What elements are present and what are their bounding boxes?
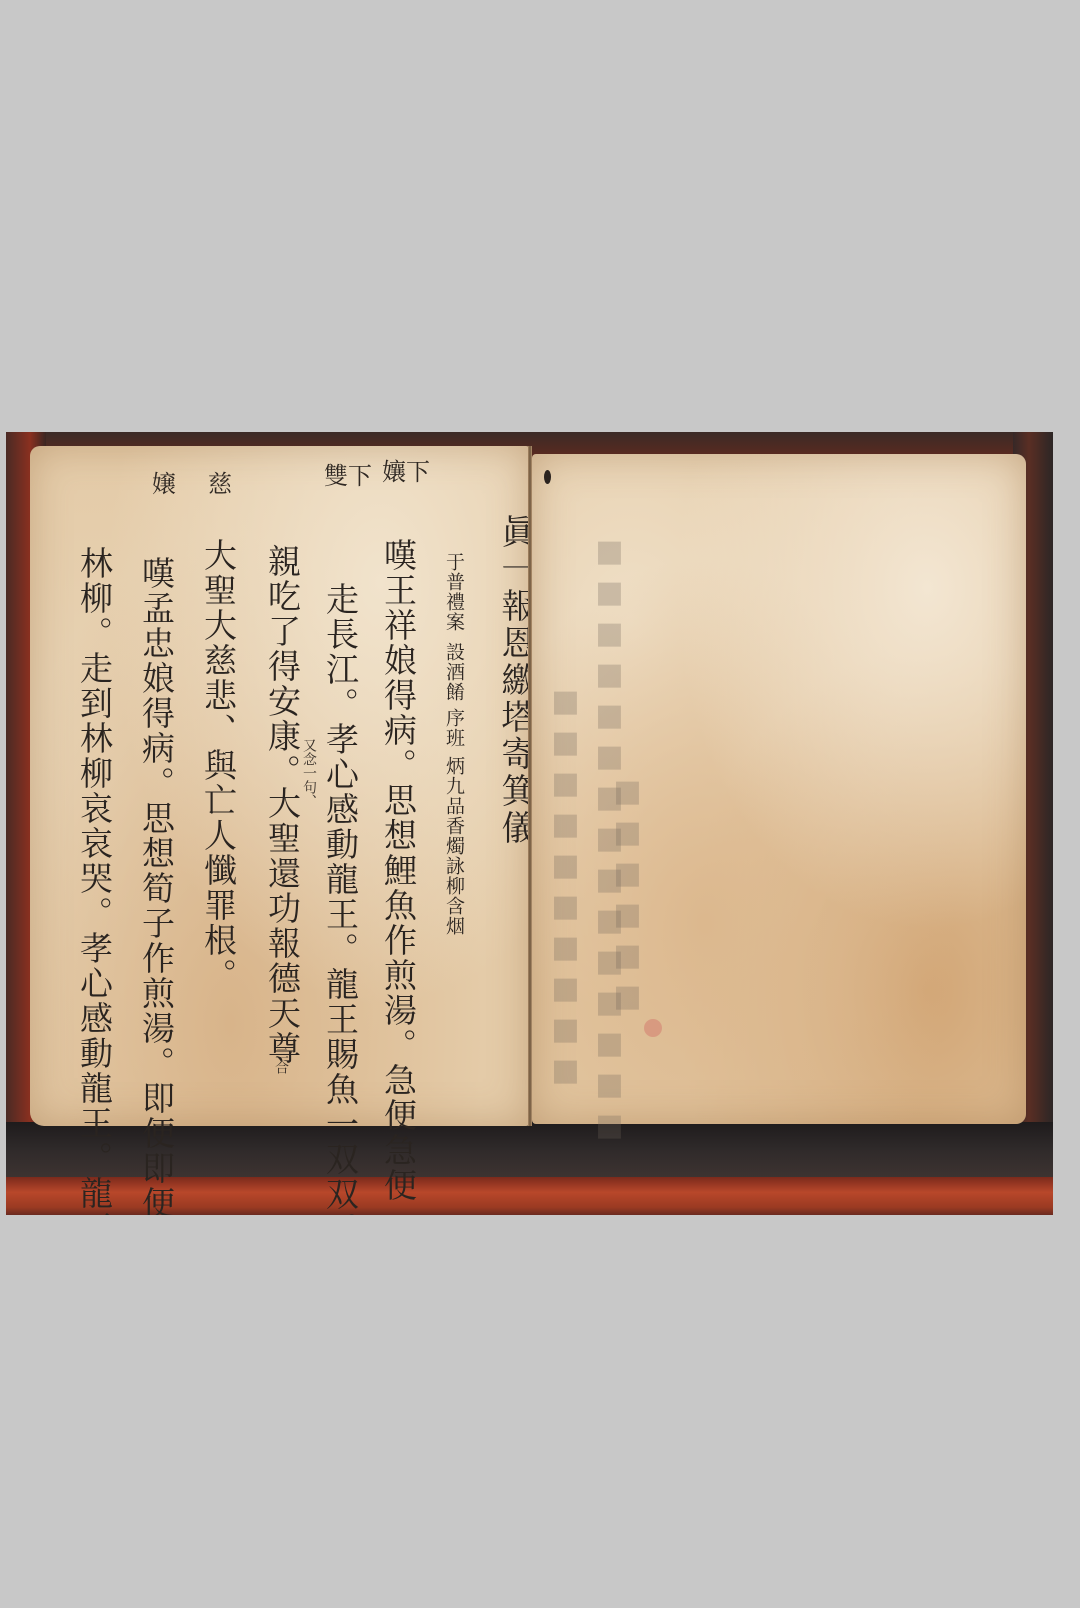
preface-item: 設酒餚 — [444, 642, 463, 702]
repeat-note: 又念一句、 — [302, 738, 316, 808]
text-line: 大聖還功報德天尊 — [266, 786, 299, 1066]
binding-hole — [544, 470, 551, 484]
bleed-through-text: ■■■■■■■■■■ — [548, 684, 583, 1094]
left-page: 嬢 慈 雙下 孃下 眞一報恩繳塔寄箕儀 于普禮案 設酒餚 序班 炳九品香燭 詠柳… — [30, 446, 530, 1126]
preface-item: 于普禮案 — [444, 552, 463, 632]
header-mark: 嬢 — [152, 464, 176, 499]
text-line: 嘆孟忠娘得病。思想筍子作煎湯。即便即便走 — [140, 556, 173, 1215]
text-line: 親吃了得安康。 — [266, 544, 299, 789]
preface-item: 炳九品香燭 — [444, 756, 463, 856]
bleed-through-text: ■■■■■■ — [610, 774, 645, 1020]
preface-item: 序班 — [444, 708, 463, 748]
closing-note: 二合 — [274, 1046, 288, 1074]
preface-item: 詠柳含烟 — [444, 856, 463, 936]
header-mark: 慈 — [208, 464, 232, 499]
text-line: 林柳。走到林柳哀哀哭。孝心感動龍王。龍王湧 — [78, 546, 111, 1215]
text-line: 嘆王祥娘得病。思想鯉魚作煎湯。急便急便 — [382, 538, 415, 1203]
text-line: 走長江。孝心感動龍王。龍王賜魚一双双。母 — [324, 582, 357, 1215]
text-line: 大聖大慈悲、與亡人懺罪根。 — [202, 538, 235, 993]
manuscript-photo: 嬢 慈 雙下 孃下 眞一報恩繳塔寄箕儀 于普禮案 設酒餚 序班 炳九品香燭 詠柳… — [6, 432, 1053, 1215]
right-page: ■■■■■■■■■■■■■■■ ■■■■■■■■■■ ■■■■■■ — [532, 454, 1026, 1124]
red-stain — [644, 1019, 662, 1037]
header-mark: 孃下 — [382, 452, 430, 487]
manuscript-title: 眞一報恩繳塔寄箕儀 — [498, 514, 532, 847]
header-mark: 雙下 — [324, 456, 372, 491]
